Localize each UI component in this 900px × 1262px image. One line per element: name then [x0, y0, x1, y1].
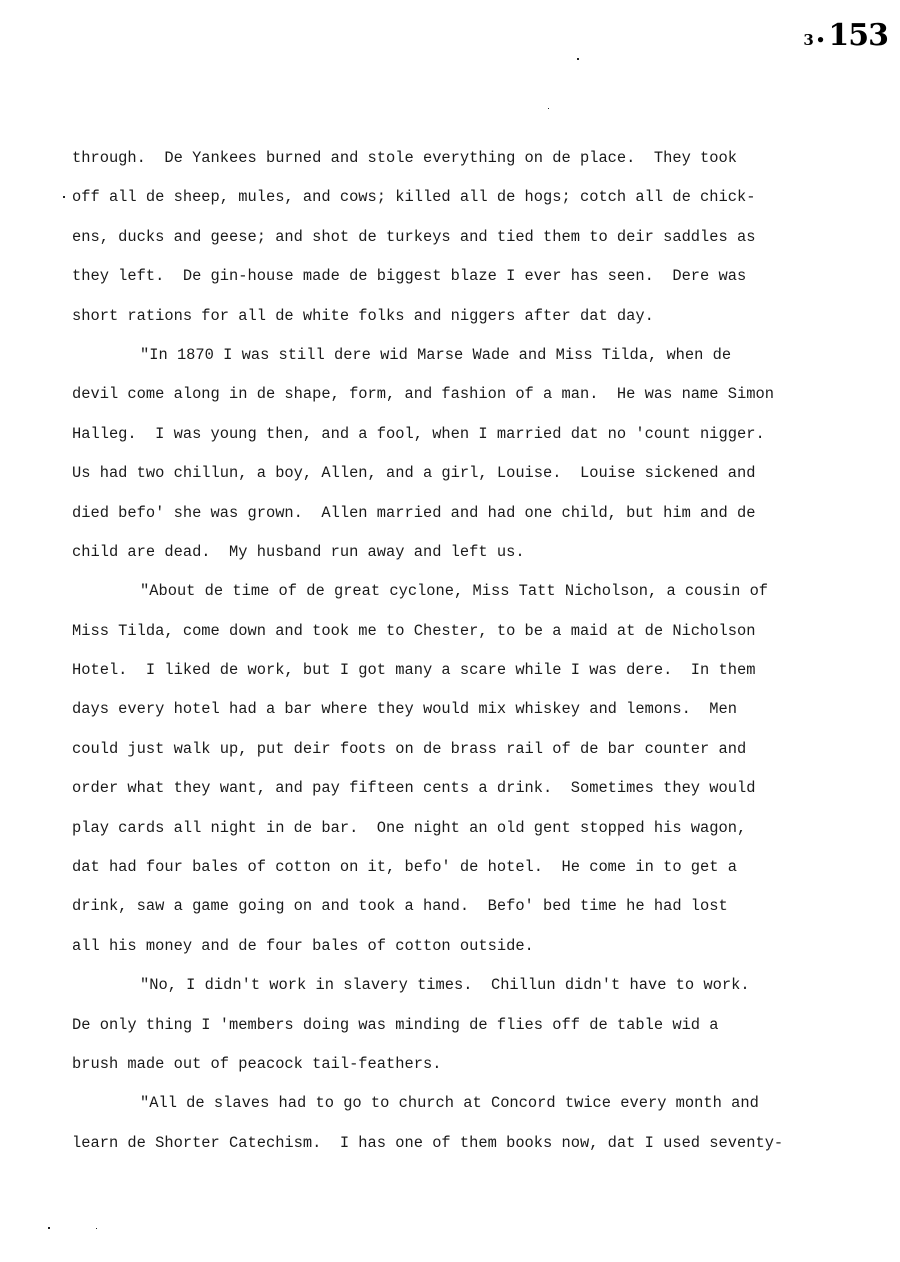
text-line: off all de sheep, mules, and cows; kille… — [72, 178, 832, 217]
text-line: play cards all night in de bar. One nigh… — [72, 809, 832, 848]
text-line: Us had two chillun, a boy, Allen, and a … — [72, 454, 832, 493]
text-line: learn de Shorter Catechism. I has one of… — [72, 1124, 832, 1163]
text-line: De only thing I 'members doing was mindi… — [72, 1006, 832, 1045]
text-line: short rations for all de white folks and… — [72, 297, 832, 336]
scan-speck — [48, 1227, 50, 1229]
paragraph-first-line: "In 1870 I was still dere wid Marse Wade… — [72, 336, 832, 375]
transcript-body: through. De Yankees burned and stole eve… — [72, 139, 832, 1163]
text-line: could just walk up, put deir foots on de… — [72, 730, 832, 769]
page-number: 3 • 153 — [803, 18, 888, 53]
text-line: drink, saw a game going on and took a ha… — [72, 887, 832, 926]
paragraph-first-line: "No, I didn't work in slavery times. Chi… — [72, 966, 832, 1005]
text-line: brush made out of peacock tail-feathers. — [72, 1045, 832, 1084]
text-line: order what they want, and pay fifteen ce… — [72, 769, 832, 808]
scan-speck — [63, 196, 65, 198]
text-line: child are dead. My husband run away and … — [72, 533, 832, 572]
text-line: they left. De gin-house made de biggest … — [72, 257, 832, 296]
text-line: died befo' she was grown. Allen married … — [72, 494, 832, 533]
page-number-separator: • — [816, 31, 826, 49]
scan-speck — [577, 58, 579, 60]
scan-speck — [548, 108, 549, 109]
page-number-prefix: 3 — [803, 31, 813, 49]
text-line: Miss Tilda, come down and took me to Che… — [72, 612, 832, 651]
paragraph-first-line: "All de slaves had to go to church at Co… — [72, 1084, 832, 1123]
text-line: days every hotel had a bar where they wo… — [72, 690, 832, 729]
text-line: all his money and de four bales of cotto… — [72, 927, 832, 966]
page-number-value: 153 — [828, 18, 888, 53]
text-line: Halleg. I was young then, and a fool, wh… — [72, 415, 832, 454]
text-line: ens, ducks and geese; and shot de turkey… — [72, 218, 832, 257]
text-line: devil come along in de shape, form, and … — [72, 375, 832, 414]
paragraph-first-line: "About de time of de great cyclone, Miss… — [72, 572, 832, 611]
scan-speck — [96, 1228, 97, 1229]
text-line: Hotel. I liked de work, but I got many a… — [72, 651, 832, 690]
text-line: through. De Yankees burned and stole eve… — [72, 139, 832, 178]
text-line: dat had four bales of cotton on it, befo… — [72, 848, 832, 887]
